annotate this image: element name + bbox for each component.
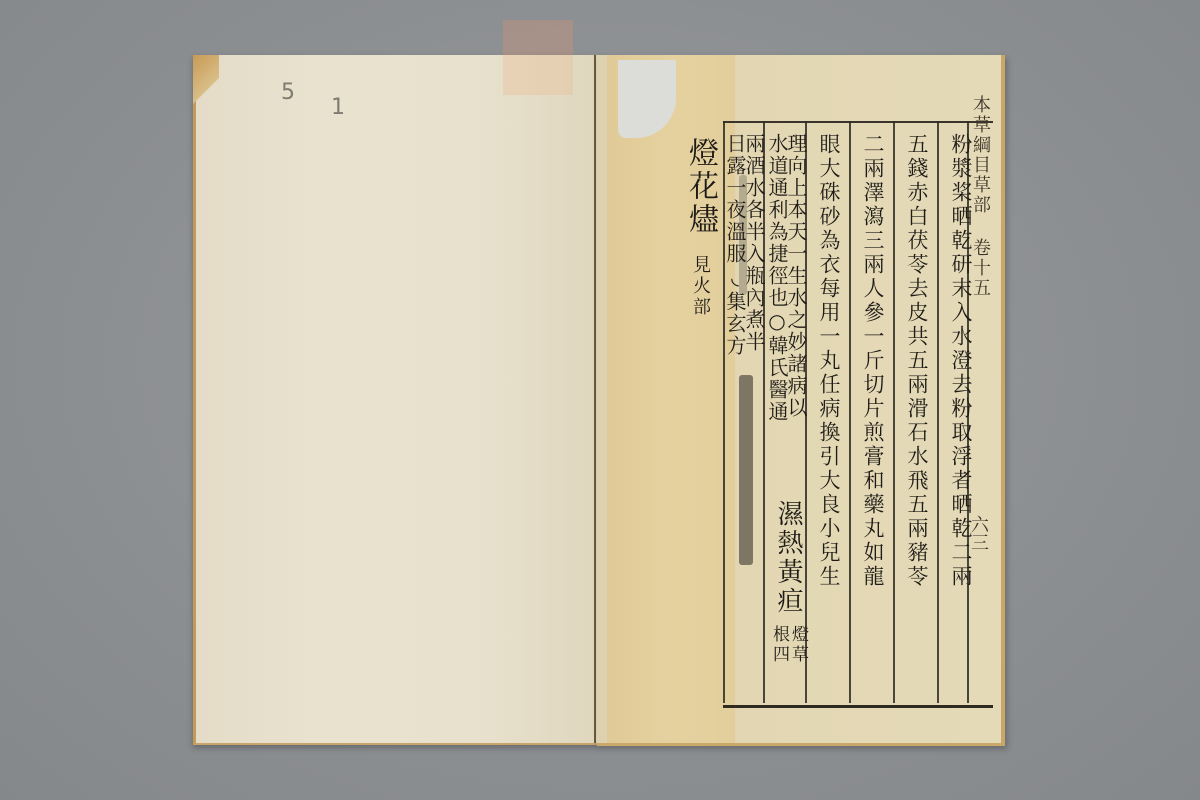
worn-corner (193, 55, 219, 110)
text-column: 粉漿桨晒乾研末入水澄去粉取浮者晒乾二兩 (942, 133, 980, 693)
heading-entry: 濕熱黃疸 (769, 500, 807, 620)
text-column: 二兩澤瀉三兩人參一斤切片煎膏和藥丸如龍 (854, 133, 892, 693)
text-column: 眼大硃砂為衣每用一丸任病換引大良小兒生 (810, 133, 848, 693)
column-rule (893, 121, 895, 703)
left-page-blank-flyleaf: 5 1 (193, 55, 599, 745)
text-column: 五錢赤白茯苓去皮共五兩滑石水飛五兩豬苓 (898, 133, 936, 693)
open-book: 5 1 本草綱目草部 卷十五 六三 粉漿桨晒乾研末入水澄去粉取浮者晒乾二兩 五錢… (193, 55, 1005, 745)
column-rule (849, 121, 851, 703)
text-subcolumn: 兩酒水各半入瓶內煮半 (744, 133, 763, 693)
cross-reference: 見火部 (681, 255, 719, 345)
pencil-mark: 1 (331, 95, 345, 120)
text-column-split: 兩酒水各半入瓶內煮半 日露一夜溫服◟集玄方 (725, 133, 763, 693)
right-page-printed-text: 本草綱目草部 卷十五 六三 粉漿桨晒乾研末入水澄去粉取浮者晒乾二兩 五錢赤白茯苓… (597, 55, 1005, 746)
text-note: 燈草 根四 (769, 625, 807, 705)
collector-seal-stamp-overlap (503, 55, 573, 95)
entry-title: 燈花燼 (681, 137, 719, 267)
spine-gutter (594, 55, 596, 743)
pencil-mark: 5 (281, 80, 295, 105)
column-rule (937, 121, 939, 703)
